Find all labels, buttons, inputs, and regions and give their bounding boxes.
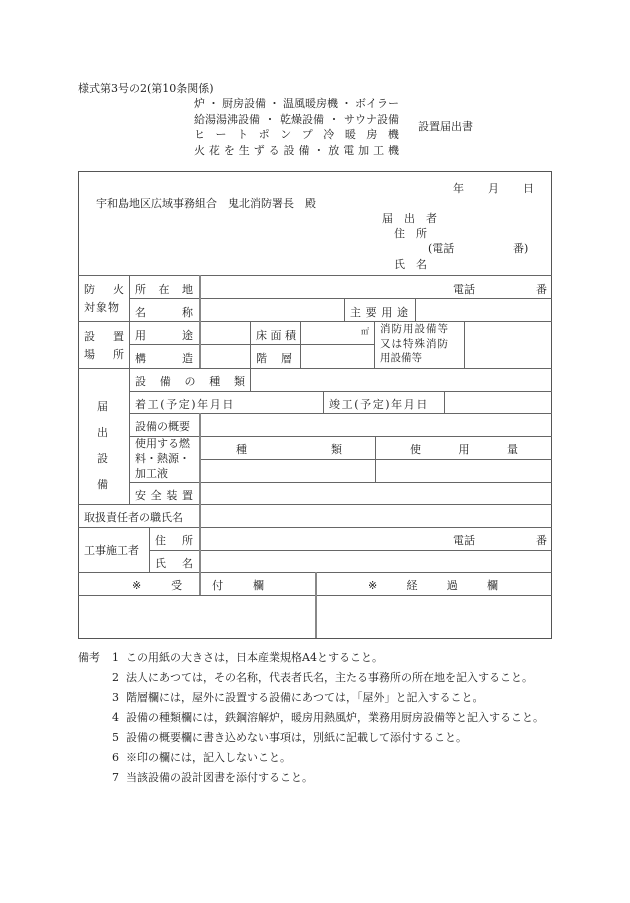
label-line: 使用する燃	[135, 436, 190, 451]
notes-heading: 備考	[78, 648, 112, 668]
note-text: 階層欄には，屋外に設置する設備にあつては，「屋外」と記入すること。	[126, 688, 596, 708]
char: 受	[171, 577, 182, 593]
label-line: 又は特殊消防	[380, 337, 449, 352]
completion-date-field[interactable]	[445, 392, 551, 412]
title-segment: 房	[366, 127, 377, 143]
title-line-4: 火花を生ずる設備・放電加工機	[194, 143, 399, 159]
char: 欄	[253, 577, 264, 593]
char: 氏	[155, 555, 166, 571]
name-label: 名称	[135, 304, 193, 320]
title-segment: を	[224, 143, 235, 159]
char: 要	[366, 304, 377, 320]
char: 種	[209, 373, 220, 389]
use-field[interactable]	[201, 322, 249, 343]
receipt-header: ※受付欄	[132, 577, 264, 593]
char: 造	[182, 350, 193, 366]
label-line: 消防用設備等	[380, 322, 449, 337]
fire-equipment-label: 消防用設備等 又は特殊消防 用設備等	[380, 322, 449, 366]
char: 場	[84, 346, 95, 362]
char: 所	[182, 532, 193, 548]
form-number: 様式第3号の2(第10条関係)	[78, 80, 214, 96]
note-item: 5設備の概要欄に書き込めない事項は，別紙に記載して添付すること。	[78, 728, 596, 748]
fuel-amount-field[interactable]	[376, 460, 551, 481]
title-segment: ー	[216, 127, 227, 143]
char: 届	[97, 394, 108, 420]
applicant-label: 届 出 者	[382, 210, 437, 226]
manager-label: 取扱責任者の職氏名	[84, 509, 183, 525]
title-segment: 暖	[345, 127, 356, 143]
date-day: 日	[523, 180, 534, 196]
date-year: 年	[453, 180, 464, 196]
structure-field[interactable]	[201, 345, 249, 367]
char: 過	[447, 577, 458, 593]
contractor-address-label: 住所	[155, 532, 193, 548]
contractor-label: 工事施工者	[84, 542, 139, 558]
floor-label: 階層	[256, 350, 292, 366]
start-date-field[interactable]	[251, 392, 322, 412]
char: 欄	[487, 577, 498, 593]
title-segment: ポ	[259, 127, 270, 143]
title-segment: ・	[341, 96, 352, 112]
label-line: 加工液	[135, 466, 190, 481]
fire-equipment-field[interactable]	[465, 322, 551, 367]
divider	[129, 436, 552, 437]
title-segment: ト	[237, 127, 248, 143]
install-place-label-2: 場所	[84, 346, 124, 362]
note-item: 3階層欄には，屋外に設置する設備にあつては，「屋外」と記入すること。	[78, 688, 596, 708]
title-segment: 乾燥設備	[280, 112, 324, 128]
char: 階	[256, 350, 267, 366]
contractor-name-field[interactable]	[201, 551, 551, 571]
title-segment: 生	[239, 143, 250, 159]
char: 用	[135, 327, 146, 343]
applicant-address-label: 住 所	[394, 225, 427, 241]
note-text: 法人にあつては，その名称，代表者氏名，主たる事務所の所在地を記入すること。	[126, 668, 596, 688]
contractor-address-field[interactable]	[201, 528, 451, 549]
note-number: 3	[112, 688, 126, 708]
note-number: 6	[112, 748, 126, 768]
title-segment: 備	[298, 143, 309, 159]
note-text: 設備の概要欄に書き込めない事項は，別紙に記載して添付すること。	[126, 728, 596, 748]
completion-date-label: 竣工(予定)年月日	[329, 396, 429, 412]
floor-field[interactable]	[301, 345, 373, 367]
document-title: 設置届出書	[418, 118, 473, 134]
char: 設	[84, 328, 95, 344]
label-line: 料・熱源・	[135, 451, 190, 466]
asterisk-icon: ※	[368, 579, 377, 592]
char: 地	[182, 281, 193, 297]
date-month: 月	[488, 180, 499, 196]
title-segment: ・	[329, 112, 340, 128]
progress-field	[317, 596, 551, 638]
label-line: 用設備等	[380, 351, 449, 366]
contractor-phone-label: 電話	[453, 532, 475, 548]
title-line-2: 給湯湯沸設備・乾燥設備・サウナ設備	[194, 112, 399, 128]
note-text: この用紙の大きさは，日本産業規格A4とすること。	[126, 648, 596, 668]
title-segment: ヒ	[194, 127, 205, 143]
divider	[344, 298, 345, 321]
char: 途	[397, 304, 408, 320]
char: 主	[350, 304, 361, 320]
note-item: 6※印の欄には，記入しないこと。	[78, 748, 596, 768]
char: 安	[135, 487, 146, 503]
char: 名	[135, 304, 146, 320]
title-segment: ン	[280, 127, 291, 143]
structure-label: 構造	[135, 350, 193, 366]
title-segment: る	[269, 143, 280, 159]
title-segment: ず	[254, 143, 265, 159]
char: の	[185, 373, 196, 389]
asterisk-icon: ※	[132, 579, 141, 592]
title-line-3: ヒートポンプ冷暖房機	[194, 127, 399, 143]
char: 住	[155, 532, 166, 548]
title-segment: サウナ設備	[344, 112, 399, 128]
title-segment: ・	[313, 143, 324, 159]
progress-header: ※経過欄	[368, 577, 498, 593]
location-label: 所在地	[135, 281, 193, 297]
char: 置	[182, 487, 193, 503]
title-segment: 加	[358, 143, 369, 159]
contractor-phone-suffix: 番	[536, 532, 547, 548]
title-line-1: 炉・厨房設備・温風暖房機・ボイラー	[194, 96, 399, 112]
applicant-name-label: 氏 名	[394, 256, 427, 272]
title-segment: ・	[269, 96, 280, 112]
char: 防	[84, 281, 95, 297]
note-text: 当該設備の設計図書を添付すること。	[126, 768, 596, 788]
note-item: 2法人にあつては，その名称，代表者氏名，主たる事務所の所在地を記入すること。	[78, 668, 596, 688]
title-segment: 電	[343, 143, 354, 159]
char: 経	[406, 577, 417, 593]
char: 面	[271, 327, 282, 343]
equipment-label: 届 出 設 備	[97, 394, 108, 498]
note-item: 7当該設備の設計図書を添付すること。	[78, 768, 596, 788]
fire-target-label-1: 防火	[84, 281, 124, 297]
floor-area-label: 床面積	[256, 327, 296, 343]
char: 類	[331, 441, 342, 457]
char: 置	[113, 328, 124, 344]
notes: 備考1この用紙の大きさは，日本産業規格A4とすること。 2法人にあつては，その名…	[78, 648, 596, 788]
char: 用	[381, 304, 392, 320]
location-phone-label: 電話	[453, 281, 475, 297]
title-segment: 炉	[194, 96, 205, 112]
char: 類	[234, 373, 245, 389]
char: 在	[159, 281, 170, 297]
equipment-type-label: 設備の種類	[135, 373, 245, 389]
title-segment: ボイラー	[355, 96, 399, 112]
addressee: 宇和島地区広域事務組合 鬼北消防署長 殿	[96, 195, 316, 211]
location-field[interactable]	[201, 276, 451, 297]
title-segment: 工	[373, 143, 384, 159]
char: 火	[113, 281, 124, 297]
title-segment: プ	[302, 127, 313, 143]
fire-target-label-2: 対象物	[84, 299, 120, 315]
char: 床	[256, 327, 267, 343]
fuel-type-field[interactable]	[201, 460, 374, 481]
target-name-field[interactable]	[201, 299, 343, 320]
receipt-field	[79, 596, 314, 638]
overview-field[interactable]	[201, 414, 551, 435]
note-number: 1	[112, 648, 126, 668]
overview-label: 設備の概要	[135, 418, 190, 434]
divider	[323, 391, 324, 413]
install-place-label-1: 設置	[84, 328, 124, 344]
char: 所	[135, 281, 146, 297]
char: 付	[212, 577, 223, 593]
title-segment: 温風暖房機	[283, 96, 338, 112]
fuel-amount-header: 使用量	[410, 441, 518, 457]
note-number: 5	[112, 728, 126, 748]
title-segment: 給湯湯沸設備	[194, 112, 260, 128]
note-number: 4	[112, 708, 126, 728]
title-segment: 機	[388, 143, 399, 159]
char: 出	[97, 420, 108, 446]
use-label: 用途	[135, 327, 193, 343]
equipment-titles: 炉・厨房設備・温風暖房機・ボイラー 給湯湯沸設備・乾燥設備・サウナ設備 ヒートポ…	[194, 96, 399, 158]
char: 構	[135, 350, 146, 366]
title-segment: 設	[284, 143, 295, 159]
title-segment: ・	[265, 112, 276, 128]
divider	[129, 275, 130, 504]
char: 種	[236, 441, 247, 457]
title-segment: 花	[209, 143, 220, 159]
title-segment: 火	[194, 143, 205, 159]
char: 層	[281, 350, 292, 366]
char: 備	[97, 472, 108, 498]
char: 使	[410, 441, 421, 457]
char: 設	[97, 446, 108, 472]
main-use-field[interactable]	[416, 299, 551, 320]
safety-device-label: 安全装置	[135, 487, 193, 503]
title-segment: 機	[388, 127, 399, 143]
char: 用	[459, 441, 470, 457]
main-use-label: 主要用途	[350, 304, 408, 320]
divider	[149, 527, 150, 572]
title-segment: ・	[208, 96, 219, 112]
char: 装	[166, 487, 177, 503]
note-text: 設備の種類欄には，鉄鋼溶解炉，暖房用熱風炉，業務用厨房設備等と記入すること。	[126, 708, 571, 728]
floor-area-unit: ㎡	[361, 326, 369, 337]
note-text: ※印の欄には，記入しないこと。	[126, 748, 596, 768]
title-segment: 冷	[323, 127, 334, 143]
char: 備	[160, 373, 171, 389]
note-number: 2	[112, 668, 126, 688]
char: 量	[507, 441, 518, 457]
char: 設	[135, 373, 146, 389]
note-item: 4設備の種類欄には，鉄鋼溶解炉，暖房用熱風炉，業務用厨房設備等と記入すること。	[78, 708, 596, 728]
char: 積	[285, 327, 296, 343]
title-segment: 厨房設備	[222, 96, 266, 112]
note-number: 7	[112, 768, 126, 788]
safety-device-field[interactable]	[201, 483, 551, 503]
char: 所	[113, 346, 124, 362]
fuel-label: 使用する燃 料・熱源・ 加工液	[135, 436, 190, 481]
note-item: 備考1この用紙の大きさは，日本産業規格A4とすること。	[78, 648, 596, 668]
contractor-name-label: 氏名	[155, 555, 193, 571]
char: 途	[182, 327, 193, 343]
char: 全	[151, 487, 162, 503]
char: 称	[182, 304, 193, 320]
divider	[374, 321, 375, 368]
start-date-label: 着工(予定)年月日	[135, 396, 235, 412]
manager-field[interactable]	[201, 505, 551, 526]
equipment-type-field[interactable]	[251, 369, 551, 390]
applicant-phone-open: (電話	[428, 240, 454, 256]
location-phone-suffix: 番	[536, 281, 547, 297]
title-segment: 放	[328, 143, 339, 159]
char: 名	[182, 555, 193, 571]
applicant-phone-close: 番)	[513, 240, 528, 256]
fuel-type-header: 種類	[236, 441, 342, 457]
